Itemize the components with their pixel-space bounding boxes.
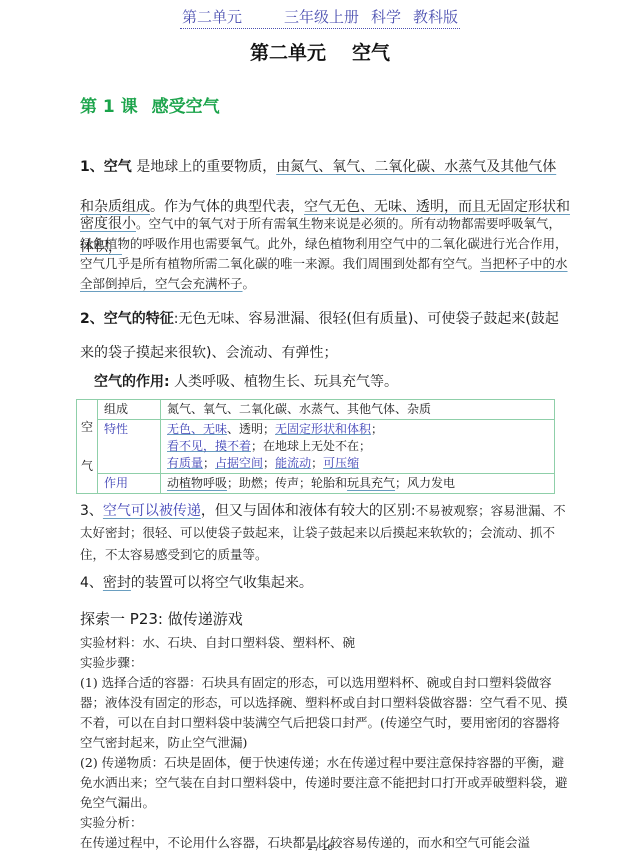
underlined-text: 看不见，摸不着 [167, 439, 251, 453]
header-line: 第二单元三年级上册科学教科版 [180, 6, 460, 29]
table-side-label: 空气 [77, 400, 98, 494]
explore-title: 探索一 P23: 做传递游戏 [80, 608, 570, 629]
text: 。作为气体的典型代表， [150, 199, 304, 215]
unit-title-unit: 第二单元 [250, 42, 326, 64]
underlined-text: 有质量 [167, 456, 203, 470]
underlined-text: 密封 [103, 575, 131, 591]
table-row-label: 组成 [98, 400, 161, 420]
underlined-text: 无固定形状和体积 [275, 422, 371, 436]
uses-lead: 空气的作用: [94, 374, 170, 390]
section-3-num: 3、 [80, 503, 103, 519]
air-summary-table: 空气 组成 氮气、氧气、二氧化碳、水蒸气、其他气体、杂质 特性 无色、无味、透明… [76, 399, 555, 494]
table-row-label: 作用 [98, 474, 161, 494]
text: 是地球上的重要物质， [132, 159, 276, 175]
table-row: 作用 动植物呼吸；助燃；传声；轮胎和玩具充气；风力发电 [77, 474, 555, 494]
underlined-text: 能流动 [275, 456, 311, 470]
header-subject: 科学 [371, 8, 401, 26]
table-row: 特性 无色、无味、透明；无固定形状和体积； 看不见，摸不着；在地球上无处不在； … [77, 420, 555, 474]
table-row: 空气 组成 氮气、氧气、二氧化碳、水蒸气、其他气体、杂质 [77, 400, 555, 420]
section-2-features: 2、空气的特征:无色无味、容易泄漏、很轻(但有质量)、可使袋子鼓起来(鼓起来的袋… [80, 302, 570, 370]
section-3: 3、空气可以被传递，但又与固体和液体有较大的区别:不易被观察；容易泄漏、不太好密… [80, 500, 570, 566]
section-1-body: 密度很小。空气中的氧气对于所有需氧生物来说是必须的。所有动物都需要呼吸氧气，绿色… [80, 214, 570, 294]
text: ；在地球上无处不在； [251, 439, 371, 453]
lesson-name: 感受空气 [152, 97, 220, 117]
unit-title-topic: 空气 [352, 42, 390, 64]
section-2-uses: 空气的作用: 人类呼吸、植物生长、玩具充气等。 [94, 372, 584, 392]
header-grade: 三年级上册 [284, 8, 359, 26]
table-row-label: 特性 [98, 420, 161, 474]
step-2: (2) 传递物质：石块是固体，便于快速传递；水在传递过程中要注意保持容器的平衡，… [80, 753, 570, 813]
lesson-title: 第 1 课感受空气 [80, 92, 220, 117]
text: ；助燃；传声；轮胎和 [227, 476, 347, 490]
steps-label: 实验步骤： [80, 653, 570, 673]
text: ； [311, 456, 323, 470]
analysis-label: 实验分析： [80, 813, 570, 833]
text: ； [371, 422, 383, 436]
underlined-text: 占据空间 [215, 456, 263, 470]
section-3-link[interactable]: 空气可以被传递 [103, 503, 201, 519]
text: 人类呼吸、植物生长、玩具充气等。 [170, 374, 398, 390]
table-cell: 无色、无味、透明；无固定形状和体积； 看不见，摸不着；在地球上无处不在； 有质量… [161, 420, 555, 474]
text: ，但又与固体和液体有较大的区别: [201, 503, 416, 519]
underlined-text: 密度很小 [80, 216, 136, 232]
side-label-top: 空 [80, 419, 94, 436]
page-number: 1 / 16 [0, 843, 640, 853]
underlined-text: 动植物呼吸 [167, 476, 227, 490]
underlined-text: 可压缩 [323, 456, 359, 470]
materials: 实验材料：水、石块、自封口塑料袋、塑料杯、碗 [80, 633, 570, 653]
text: 。 [243, 276, 256, 291]
text: 、透明； [227, 422, 275, 436]
section-1-lead: 1、空气 [80, 159, 132, 175]
explore-body: 实验材料：水、石块、自封口塑料袋、塑料杯、碗 实验步骤： (1) 选择合适的容器… [80, 633, 570, 853]
header-edition: 教科版 [413, 8, 458, 26]
section-4-num: 4、 [80, 575, 103, 591]
page-header: 第二单元三年级上册科学教科版 [0, 6, 640, 29]
table-cell: 氮气、氧气、二氧化碳、水蒸气、其他气体、杂质 [161, 400, 555, 420]
underlined-text: 玩具充气 [347, 476, 395, 490]
unit-title: 第二单元空气 [0, 38, 640, 65]
text: 的装置可以将空气收集起来。 [131, 575, 313, 591]
side-label-bottom: 气 [80, 458, 94, 475]
section-2-lead: 2、空气的特征 [80, 311, 174, 327]
section-4: 4、密封的装置可以将空气收集起来。 [80, 573, 570, 593]
step-1: (1) 选择合适的容器：石块具有固定的形态，可以选用塑料杯、碗或自封口塑料袋做容… [80, 673, 570, 753]
text: ； [263, 456, 275, 470]
text: ； [203, 456, 215, 470]
lesson-number: 第 1 课 [80, 97, 138, 117]
underlined-link-text: 空气会充满杯子 [155, 276, 243, 291]
table-cell: 动植物呼吸；助燃；传声；轮胎和玩具充气；风力发电 [161, 474, 555, 494]
header-unit: 第二单元 [182, 8, 242, 26]
underlined-text: 无色、无味 [167, 422, 227, 436]
text: ；风力发电 [395, 476, 455, 490]
